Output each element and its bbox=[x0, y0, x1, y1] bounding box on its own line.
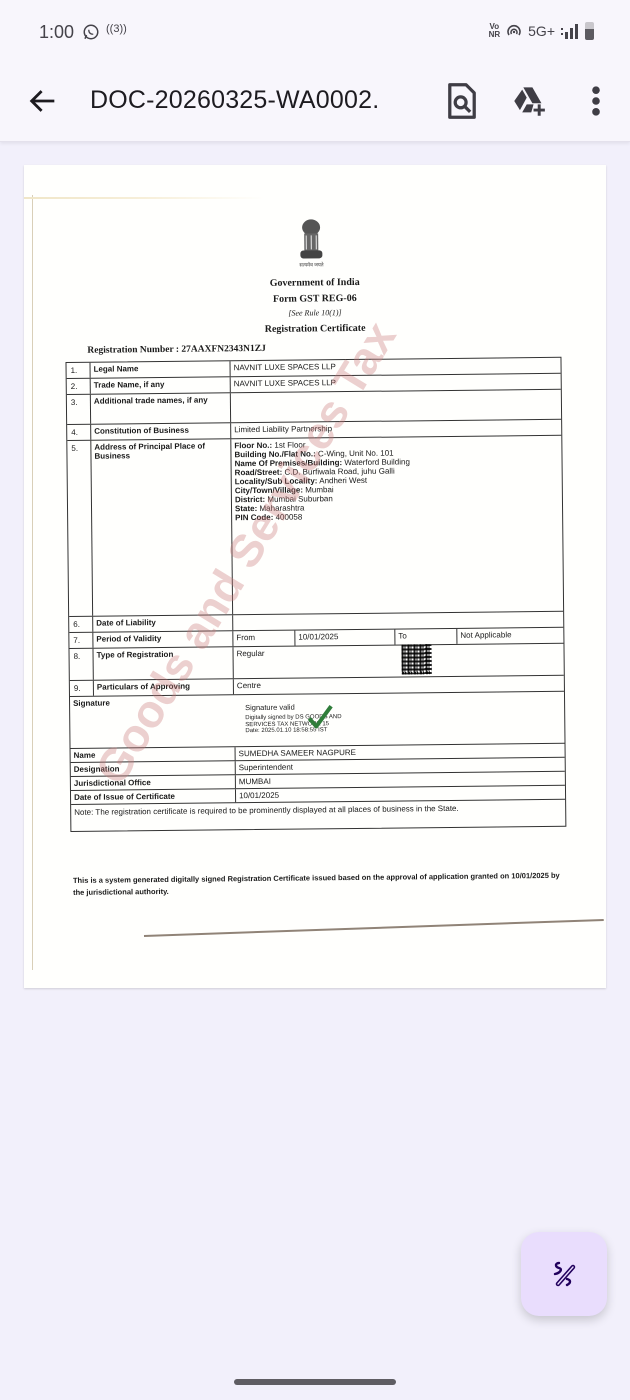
row-label: Constitution of Business bbox=[91, 423, 231, 439]
whatsapp-icon bbox=[82, 23, 100, 41]
sign-fab-button[interactable] bbox=[521, 1232, 607, 1316]
row-label: Particulars of Approving bbox=[94, 679, 234, 695]
row-label: Additional trade names, if any bbox=[91, 393, 231, 423]
validity-to-label: To bbox=[395, 629, 457, 645]
paper-shadow-top bbox=[24, 197, 264, 199]
document-title: DOC-20260325-WA0002. bbox=[90, 86, 379, 115]
officer-label: Designation bbox=[71, 761, 236, 776]
more-vert-icon[interactable] bbox=[582, 82, 610, 120]
signature-label: Signature bbox=[70, 697, 113, 748]
registration-number: Registration Number : 27AAXFN2343N1ZJ bbox=[87, 344, 266, 356]
row-number: 4. bbox=[67, 425, 91, 440]
signature-status: Signature valid bbox=[245, 703, 295, 713]
certificate-table: 1.Legal NameNAVNIT LUXE SPACES LLP 2.Tra… bbox=[65, 357, 566, 832]
row-number: 3. bbox=[67, 395, 91, 424]
signal-icon bbox=[561, 23, 579, 39]
hotspot-icon bbox=[506, 23, 522, 39]
footer-text: This is a system generated digitally sig… bbox=[73, 870, 563, 899]
officer-label: Jurisdictional Office bbox=[71, 775, 236, 790]
qr-code bbox=[401, 644, 431, 674]
clock: 1:00 bbox=[39, 22, 74, 43]
svg-text:सत्यमेव जयते: सत्यमेव जयते bbox=[299, 261, 323, 268]
validity-from-label: From bbox=[233, 631, 295, 647]
row-label: Type of Registration bbox=[93, 647, 233, 679]
edit-signature-icon bbox=[549, 1259, 579, 1289]
table-row: 8. Type of Registration Regular bbox=[69, 644, 563, 681]
row-label: Date of Liability bbox=[93, 615, 233, 631]
signature-check-icon bbox=[307, 704, 333, 728]
battery-icon bbox=[585, 22, 594, 40]
vonr-icon: VoNR bbox=[489, 23, 501, 39]
app-toolbar: DOC-20260325-WA0002. bbox=[0, 66, 630, 142]
row-number: 8. bbox=[69, 649, 93, 680]
table-row: 5. Address of Principal Place of Busines… bbox=[67, 436, 563, 617]
officer-label: Name bbox=[71, 747, 236, 762]
row-number: 7. bbox=[69, 633, 93, 648]
doc-search-icon[interactable] bbox=[445, 82, 479, 120]
drive-add-icon[interactable] bbox=[512, 82, 546, 120]
nfc-icon: ((3)) bbox=[106, 23, 127, 35]
row-value bbox=[231, 390, 561, 422]
document-page[interactable]: सत्यमेव जयते Government of India Form GS… bbox=[24, 165, 606, 988]
signature-row: Signature Signature valid Digitally sign… bbox=[70, 692, 565, 749]
row-number: 9. bbox=[70, 681, 94, 696]
row-number: 1. bbox=[66, 363, 90, 378]
row-number: 2. bbox=[67, 379, 91, 394]
arrow-back-icon[interactable] bbox=[26, 84, 60, 118]
gesture-home-bar[interactable] bbox=[234, 1379, 396, 1385]
status-bar: 1:00 ((3)) VoNR 5G+ bbox=[0, 0, 630, 66]
national-emblem-icon: सत्यमेव जयते bbox=[294, 217, 329, 269]
network-type: 5G+ bbox=[528, 23, 555, 39]
row-label: Period of Validity bbox=[93, 631, 233, 647]
validity-to-value: Not Applicable bbox=[457, 628, 563, 644]
row-value: Regular bbox=[233, 644, 563, 678]
officer-label: Date of Issue of Certificate bbox=[71, 789, 236, 804]
row-number: 5. bbox=[67, 441, 93, 616]
row-number: 6. bbox=[69, 617, 93, 632]
row-label: Legal Name bbox=[90, 361, 230, 377]
address-block: Floor No.: 1st Floor Building No./Flat N… bbox=[231, 436, 563, 614]
row-label: Address of Principal Place of Business bbox=[91, 439, 233, 615]
note-row: Note: The registration certificate is re… bbox=[71, 800, 565, 831]
row-label: Trade Name, if any bbox=[91, 377, 231, 393]
status-icons: VoNR 5G+ bbox=[489, 22, 594, 40]
validity-from-value: 10/01/2025 bbox=[295, 630, 395, 646]
